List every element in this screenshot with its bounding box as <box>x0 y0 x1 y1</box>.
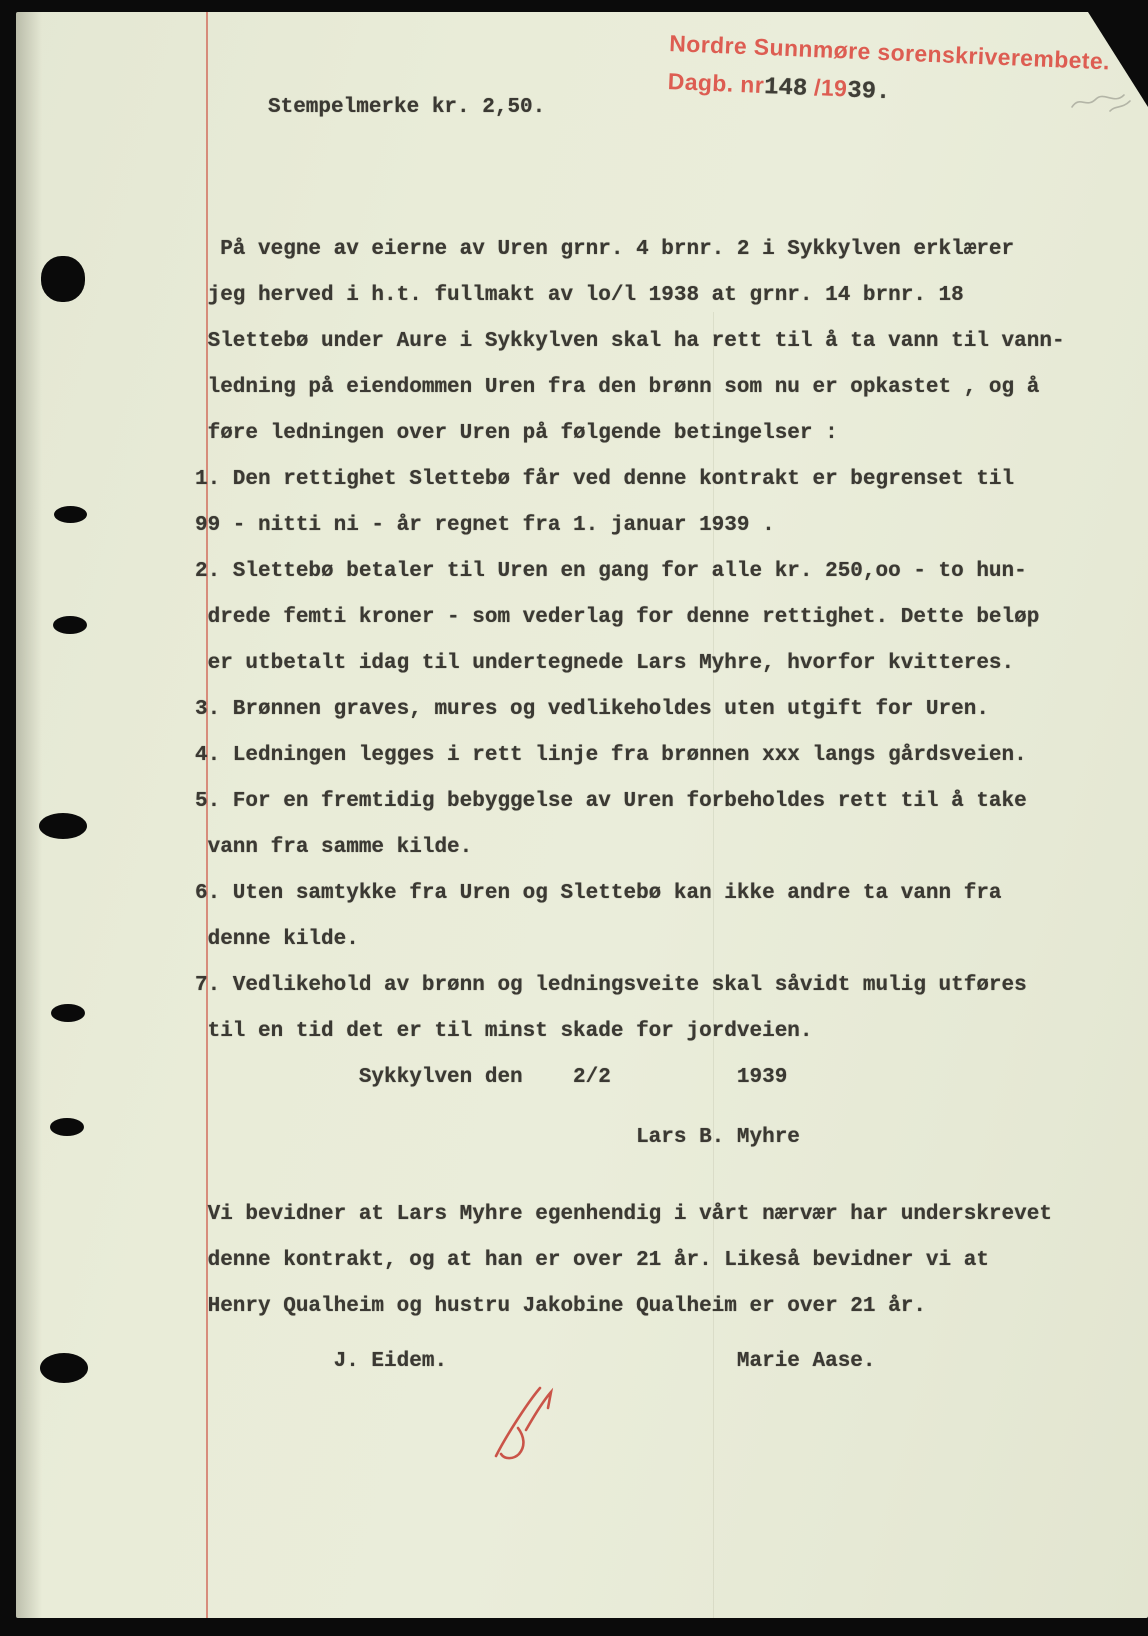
punch-hole <box>50 1118 84 1136</box>
document-body: På vegne av eierne av Uren grnr. 4 brnr.… <box>195 0 1115 1636</box>
document-line: 7. Vedlikehold av brønn og ledningsveite… <box>195 963 1027 1009</box>
document-line: 1. Den rettighet Slettebø får ved denne … <box>195 457 1014 503</box>
document-line: er utbetalt idag til undertegnede Lars M… <box>195 641 1014 687</box>
pencil-mark <box>1070 85 1134 119</box>
document-line: denne kilde. <box>195 917 359 963</box>
document-line: 6. Uten samtykke fra Uren og Slettebø ka… <box>195 871 1002 917</box>
document-line: Sykkylven den 2/2 1939 <box>195 1055 787 1101</box>
document-line: vann fra samme kilde. <box>195 825 472 871</box>
document-line: På vegne av eierne av Uren grnr. 4 brnr.… <box>195 227 1014 273</box>
document-line: 5. For en fremtidig bebyggelse av Uren f… <box>195 779 1027 825</box>
pen-scribble-mark <box>488 1382 618 1472</box>
punch-hole <box>51 1004 85 1022</box>
scanned-page: Nordre Sunnmøre sorenskriverembete. Dagb… <box>0 0 1148 1636</box>
document-line: 2. Slettebø betaler til Uren en gang for… <box>195 549 1027 595</box>
punch-hole <box>40 1353 88 1383</box>
document-line: Lars B. Myhre <box>195 1115 800 1161</box>
document-line: denne kontrakt, og at han er over 21 år.… <box>195 1238 989 1284</box>
document-line: Henry Qualheim og hustru Jakobine Qualhe… <box>195 1284 926 1330</box>
document-line: til en tid det er til minst skade for jo… <box>195 1009 813 1055</box>
punch-hole <box>39 813 87 839</box>
punch-hole <box>41 256 85 302</box>
document-line: Slettebø under Aure i Sykkylven skal ha … <box>195 319 1065 365</box>
document-line: Vi bevidner at Lars Myhre egenhendig i v… <box>195 1192 1052 1238</box>
document-line: 4. Ledningen legges i rett linje fra brø… <box>195 733 1027 779</box>
punch-hole <box>54 506 87 523</box>
document-line: drede femti kroner - som vederlag for de… <box>195 595 1039 641</box>
punch-hole <box>53 616 87 634</box>
document-line: 3. Brønnen graves, mures og vedlikeholde… <box>195 687 989 733</box>
document-line: J. Eidem. Marie Aase. <box>195 1339 876 1385</box>
document-line: jeg herved i h.t. fullmakt av lo/l 1938 … <box>195 273 964 319</box>
document-line: føre ledningen over Uren på følgende bet… <box>195 411 838 457</box>
document-line: ledning på eiendommen Uren fra den brønn… <box>195 365 1039 411</box>
document-line: 99 - nitti ni - år regnet fra 1. januar … <box>195 503 775 549</box>
